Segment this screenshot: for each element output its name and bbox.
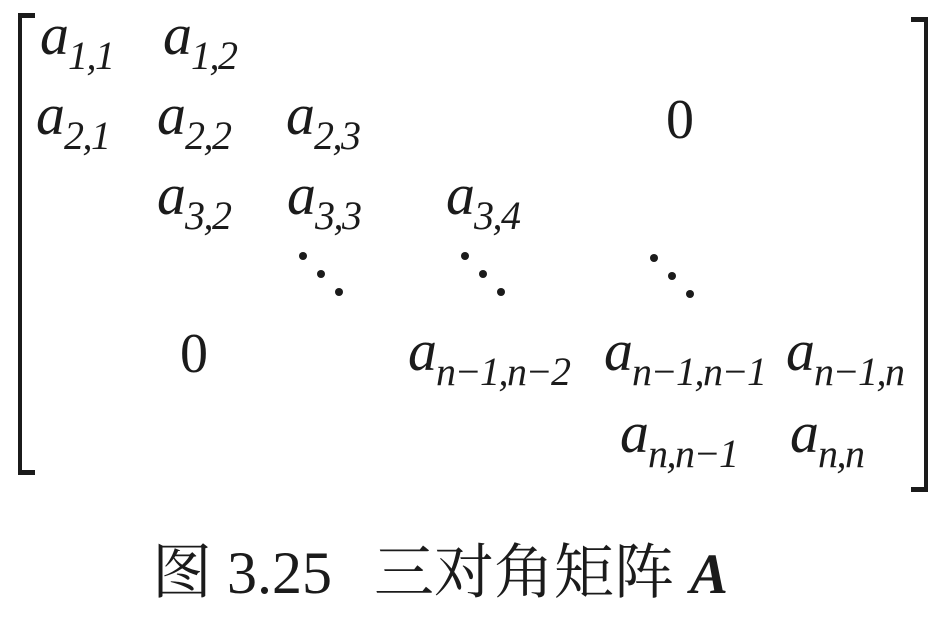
- right-bracket-icon: [911, 17, 928, 492]
- entry-base: a: [157, 162, 185, 227]
- entry-base: a: [163, 2, 191, 67]
- matrix-entry-an1n1: an−1,n−1: [604, 322, 765, 380]
- caption-matrix-symbol: A: [690, 543, 728, 606]
- entry-subscript: 2,1: [64, 113, 110, 158]
- matrix-entry-ann1: an,n−1: [620, 404, 738, 462]
- matrix-entry-a11: a1,1: [40, 6, 114, 64]
- entry-subscript: n−1,n−1: [632, 349, 765, 394]
- matrix-entry-a22: a2,2: [157, 86, 231, 144]
- matrix-entry-a33: a3,3: [287, 166, 361, 224]
- entry-base: a: [446, 162, 474, 227]
- entry-subscript: 1,2: [191, 33, 237, 78]
- entry-base: a: [408, 318, 436, 383]
- entry-subscript: n−1,n−2: [436, 349, 569, 394]
- entry-subscript: 3,4: [474, 193, 520, 238]
- entry-base: a: [40, 2, 68, 67]
- entry-subscript: n,n: [818, 431, 864, 476]
- entry-subscript: n,n−1: [648, 431, 738, 476]
- entry-subscript: 3,2: [185, 193, 231, 238]
- matrix-entry-a32: a3,2: [157, 166, 231, 224]
- entry-base: a: [287, 162, 315, 227]
- entry-base: a: [36, 82, 64, 147]
- entry-subscript: 2,2: [185, 113, 231, 158]
- matrix-entry-a12: a1,2: [163, 6, 237, 64]
- ddots-icon: [650, 254, 696, 300]
- left-bracket-icon: [18, 13, 35, 475]
- entry-subscript: n−1,n: [814, 349, 904, 394]
- entry-subscript: 1,1: [68, 33, 114, 78]
- matrix-entry-ann: an,n: [790, 404, 864, 462]
- ddots-icon: [461, 252, 507, 298]
- ddots-icon: [299, 252, 345, 298]
- caption-title: 三对角矩阵: [374, 540, 674, 606]
- matrix-entry-a34: a3,4: [446, 166, 520, 224]
- entry-base: a: [286, 82, 314, 147]
- zero-upper-right: 0: [666, 92, 694, 148]
- matrix-entry-an1n2: an−1,n−2: [408, 322, 569, 380]
- entry-base: a: [786, 318, 814, 383]
- entry-base: a: [157, 82, 185, 147]
- figure-caption: 图 3.25三对角矩阵A: [152, 540, 728, 607]
- entry-base: a: [790, 400, 818, 465]
- entry-subscript: 2,3: [314, 113, 360, 158]
- zero-lower-left: 0: [180, 326, 208, 382]
- matrix-entry-a21: a2,1: [36, 86, 110, 144]
- matrix-entry-an1n: an−1,n: [786, 322, 904, 380]
- matrix-entry-a23: a2,3: [286, 86, 360, 144]
- entry-base: a: [620, 400, 648, 465]
- figure-page: a1,1 a1,2 a2,1 a2,2 a2,3 0 a3,2 a3,3 a3,…: [0, 0, 950, 628]
- entry-subscript: 3,3: [315, 193, 361, 238]
- caption-figure-number: 图 3.25: [152, 540, 332, 606]
- entry-base: a: [604, 318, 632, 383]
